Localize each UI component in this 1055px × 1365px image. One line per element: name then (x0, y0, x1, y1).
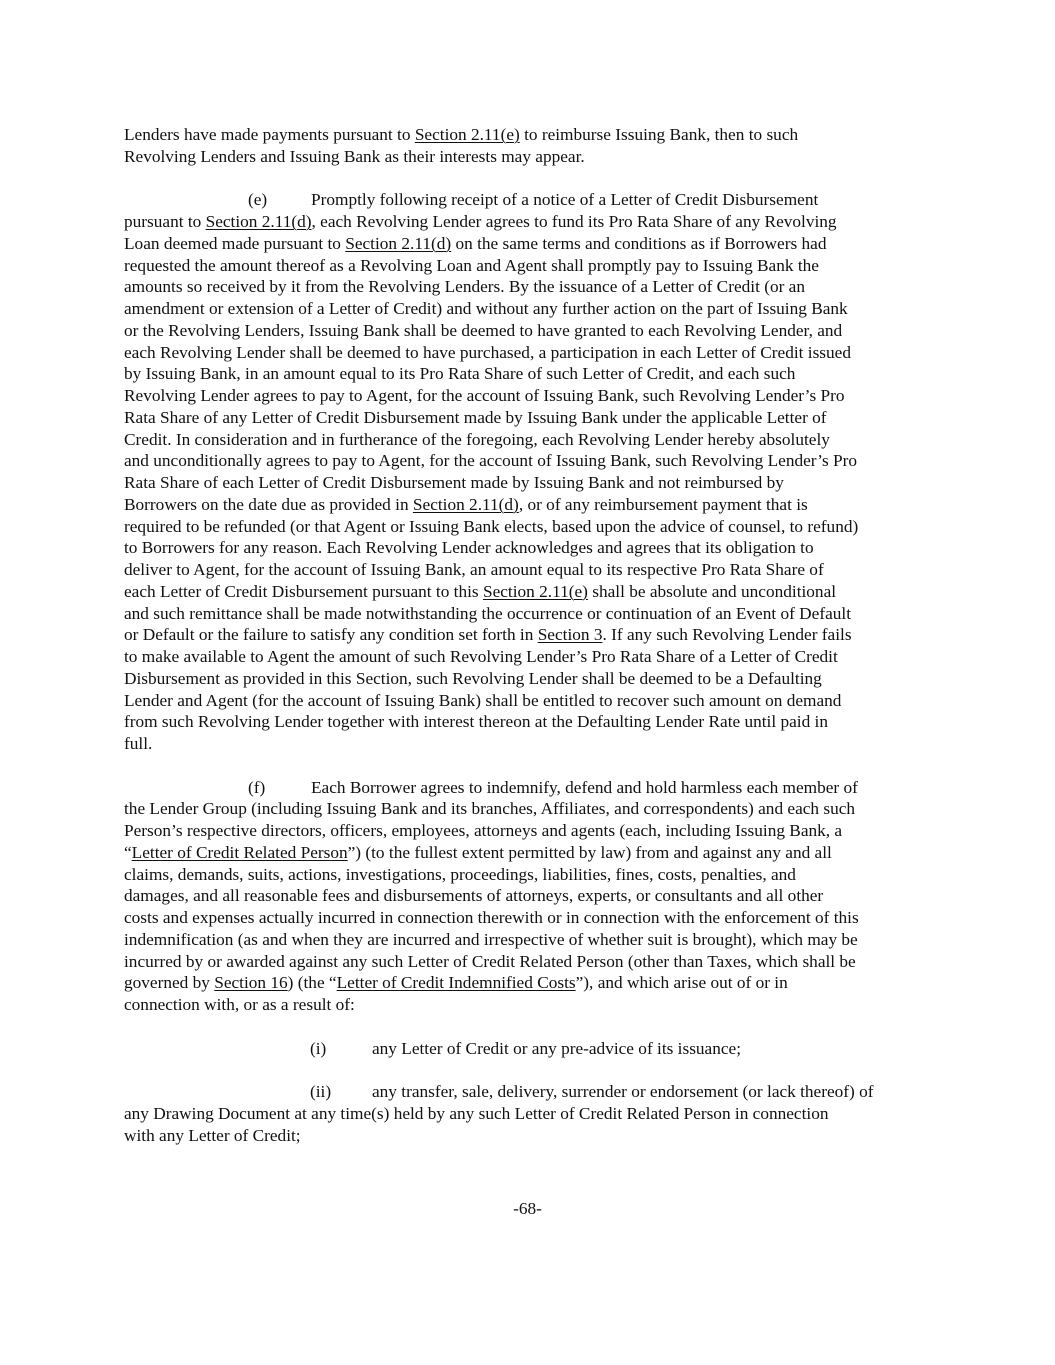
cross-reference-link: Section 2.11(e) (483, 582, 588, 601)
text-run: or the Revolving Lenders, Issuing Bank s… (124, 321, 842, 340)
text-run: claims, demands, suits, actions, investi… (124, 865, 796, 884)
text-line: Rata Share of each Letter of Credit Disb… (124, 472, 936, 494)
text-run: amounts so received by it from the Revol… (124, 277, 805, 296)
paragraph-e: (e)Promptly following receipt of a notic… (124, 189, 936, 755)
text-run: Credit. In consideration and in furthera… (124, 430, 830, 449)
text-line: the Lender Group (including Issuing Bank… (124, 798, 936, 820)
text-line: Rata Share of any Letter of Credit Disbu… (124, 407, 936, 429)
text-run: by Issuing Bank, in an amount equal to i… (124, 364, 795, 383)
text-line: (e)Promptly following receipt of a notic… (124, 189, 936, 211)
text-line: amounts so received by it from the Revol… (124, 276, 936, 298)
text-run: indemnification (as and when they are in… (124, 930, 858, 949)
text-line: damages, and all reasonable fees and dis… (124, 885, 936, 907)
text-line: and unconditionally agrees to pay to Age… (124, 450, 936, 472)
text-line: to Borrowers for any reason. Each Revolv… (124, 537, 936, 559)
paragraph-gap (124, 168, 936, 190)
clause-label: (i) (310, 1038, 372, 1060)
clause-i: (i)any Letter of Credit or any pre-advic… (124, 1038, 936, 1060)
paragraph-gap (124, 755, 936, 777)
text-run: , or of any reimbursement payment that i… (519, 495, 808, 514)
text-run: ”) (to the fullest extent permitted by l… (348, 843, 832, 862)
text-run: Revolving Lenders and Issuing Bank as th… (124, 147, 585, 166)
text-line: governed by Section 16) (the “Letter of … (124, 972, 936, 994)
cross-reference-link: Section 16 (214, 973, 287, 992)
text-run: any transfer, sale, delivery, surrender … (372, 1082, 874, 1101)
text-line: Revolving Lenders and Issuing Bank as th… (124, 146, 936, 168)
text-run: . If any such Revolving Lender fails (602, 625, 851, 644)
text-line: (f)Each Borrower agrees to indemnify, de… (124, 777, 936, 799)
text-line: pursuant to Section 2.11(d), each Revolv… (124, 211, 936, 233)
text-line: full. (124, 733, 936, 755)
cross-reference-link: Letter of Credit Related Person (132, 843, 348, 862)
text-line: (i)any Letter of Credit or any pre-advic… (124, 1038, 936, 1060)
text-line: each Revolving Lender shall be deemed to… (124, 342, 936, 364)
text-line: each Letter of Credit Disbursement pursu… (124, 581, 936, 603)
cross-reference-link: Section 2.11(d) (206, 212, 312, 231)
text-line: claims, demands, suits, actions, investi… (124, 864, 936, 886)
document-page: Lenders have made payments pursuant to S… (124, 124, 936, 1146)
text-line: any Drawing Document at any time(s) held… (124, 1103, 936, 1125)
text-line: by Issuing Bank, in an amount equal to i… (124, 363, 936, 385)
text-run: Person’s respective directors, officers,… (124, 821, 842, 840)
text-run: incurred by or awarded against any such … (124, 952, 856, 971)
text-line: Lender and Agent (for the account of Iss… (124, 690, 936, 712)
text-run: to reimburse Issuing Bank, then to such (520, 125, 798, 144)
text-line: Revolving Lender agrees to pay to Agent,… (124, 385, 936, 407)
cross-reference-link: Letter of Credit Indemnified Costs (337, 973, 576, 992)
text-line: connection with, or as a result of: (124, 994, 936, 1016)
text-run: each Revolving Lender shall be deemed to… (124, 343, 851, 362)
text-line: Credit. In consideration and in furthera… (124, 429, 936, 451)
text-line: (ii)any transfer, sale, delivery, surren… (124, 1081, 936, 1103)
clause-label: (ii) (310, 1081, 372, 1103)
text-line: Person’s respective directors, officers,… (124, 820, 936, 842)
text-line: amendment or extension of a Letter of Cr… (124, 298, 936, 320)
text-run: Rata Share of each Letter of Credit Disb… (124, 473, 784, 492)
cross-reference-link: Section 2.11(e) (415, 125, 520, 144)
text-run: with any Letter of Credit; (124, 1126, 301, 1145)
text-run: from such Revolving Lender together with… (124, 712, 828, 731)
paragraph-gap (124, 1059, 936, 1081)
text-line: Borrowers on the date due as provided in… (124, 494, 936, 516)
text-run: to Borrowers for any reason. Each Revolv… (124, 538, 814, 557)
text-line: Disbursement as provided in this Section… (124, 668, 936, 690)
text-run: governed by (124, 973, 214, 992)
text-line: costs and expenses actually incurred in … (124, 907, 936, 929)
text-line: indemnification (as and when they are in… (124, 929, 936, 951)
text-line: Lenders have made payments pursuant to S… (124, 124, 936, 146)
text-run: Each Borrower agrees to indemnify, defen… (311, 778, 858, 797)
page-number: -68- (0, 1199, 1055, 1219)
text-run: Disbursement as provided in this Section… (124, 669, 822, 688)
text-run: Revolving Lender agrees to pay to Agent,… (124, 386, 845, 405)
text-line: requested the amount thereof as a Revolv… (124, 255, 936, 277)
paragraph-carryover: Lenders have made payments pursuant to S… (124, 124, 936, 168)
text-run: deliver to Agent, for the account of Iss… (124, 560, 824, 579)
text-line: with any Letter of Credit; (124, 1125, 936, 1147)
paragraph-gap (124, 1016, 936, 1038)
text-line: incurred by or awarded against any such … (124, 951, 936, 973)
text-line: or Default or the failure to satisfy any… (124, 624, 936, 646)
clause-label: (f) (248, 777, 311, 799)
clause-label: (e) (248, 189, 311, 211)
text-line: Loan deemed made pursuant to Section 2.1… (124, 233, 936, 255)
text-line: deliver to Agent, for the account of Iss… (124, 559, 936, 581)
text-line: required to be refunded (or that Agent o… (124, 516, 936, 538)
text-run: required to be refunded (or that Agent o… (124, 517, 858, 536)
cross-reference-link: Section 2.11(d) (345, 234, 451, 253)
text-run: amendment or extension of a Letter of Cr… (124, 299, 848, 318)
text-run: each Letter of Credit Disbursement pursu… (124, 582, 483, 601)
text-run: on the same terms and conditions as if B… (451, 234, 826, 253)
text-run: pursuant to (124, 212, 206, 231)
text-run: any Letter of Credit or any pre-advice o… (372, 1039, 741, 1058)
text-run: the Lender Group (including Issuing Bank… (124, 799, 855, 818)
text-run: Lenders have made payments pursuant to (124, 125, 415, 144)
text-run: costs and expenses actually incurred in … (124, 908, 859, 927)
text-line: to make available to Agent the amount of… (124, 646, 936, 668)
cross-reference-link: Section 2.11(d) (413, 495, 519, 514)
text-line: from such Revolving Lender together with… (124, 711, 936, 733)
text-line: “Letter of Credit Related Person”) (to t… (124, 842, 936, 864)
text-run: requested the amount thereof as a Revolv… (124, 256, 819, 275)
text-run: ”), and which arise out of or in (576, 973, 788, 992)
text-line: and such remittance shall be made notwit… (124, 603, 936, 625)
text-run: Promptly following receipt of a notice o… (311, 190, 818, 209)
text-run: ) (the “ (288, 973, 337, 992)
text-run: Lender and Agent (for the account of Iss… (124, 691, 841, 710)
text-run: connection with, or as a result of: (124, 995, 355, 1014)
text-run: or Default or the failure to satisfy any… (124, 625, 538, 644)
text-run: shall be absolute and unconditional (588, 582, 836, 601)
text-run: “ (124, 843, 132, 862)
text-run: Rata Share of any Letter of Credit Disbu… (124, 408, 827, 427)
paragraph-f: (f)Each Borrower agrees to indemnify, de… (124, 777, 936, 1016)
text-run: and unconditionally agrees to pay to Age… (124, 451, 857, 470)
cross-reference-link: Section 3 (538, 625, 603, 644)
text-run: Loan deemed made pursuant to (124, 234, 345, 253)
text-line: or the Revolving Lenders, Issuing Bank s… (124, 320, 936, 342)
text-run: damages, and all reasonable fees and dis… (124, 886, 823, 905)
text-run: , each Revolving Lender agrees to fund i… (312, 212, 837, 231)
text-run: and such remittance shall be made notwit… (124, 604, 851, 623)
text-run: to make available to Agent the amount of… (124, 647, 838, 666)
text-run: Borrowers on the date due as provided in (124, 495, 413, 514)
text-run: full. (124, 734, 152, 753)
clause-ii: (ii)any transfer, sale, delivery, surren… (124, 1081, 936, 1146)
text-run: any Drawing Document at any time(s) held… (124, 1104, 829, 1123)
